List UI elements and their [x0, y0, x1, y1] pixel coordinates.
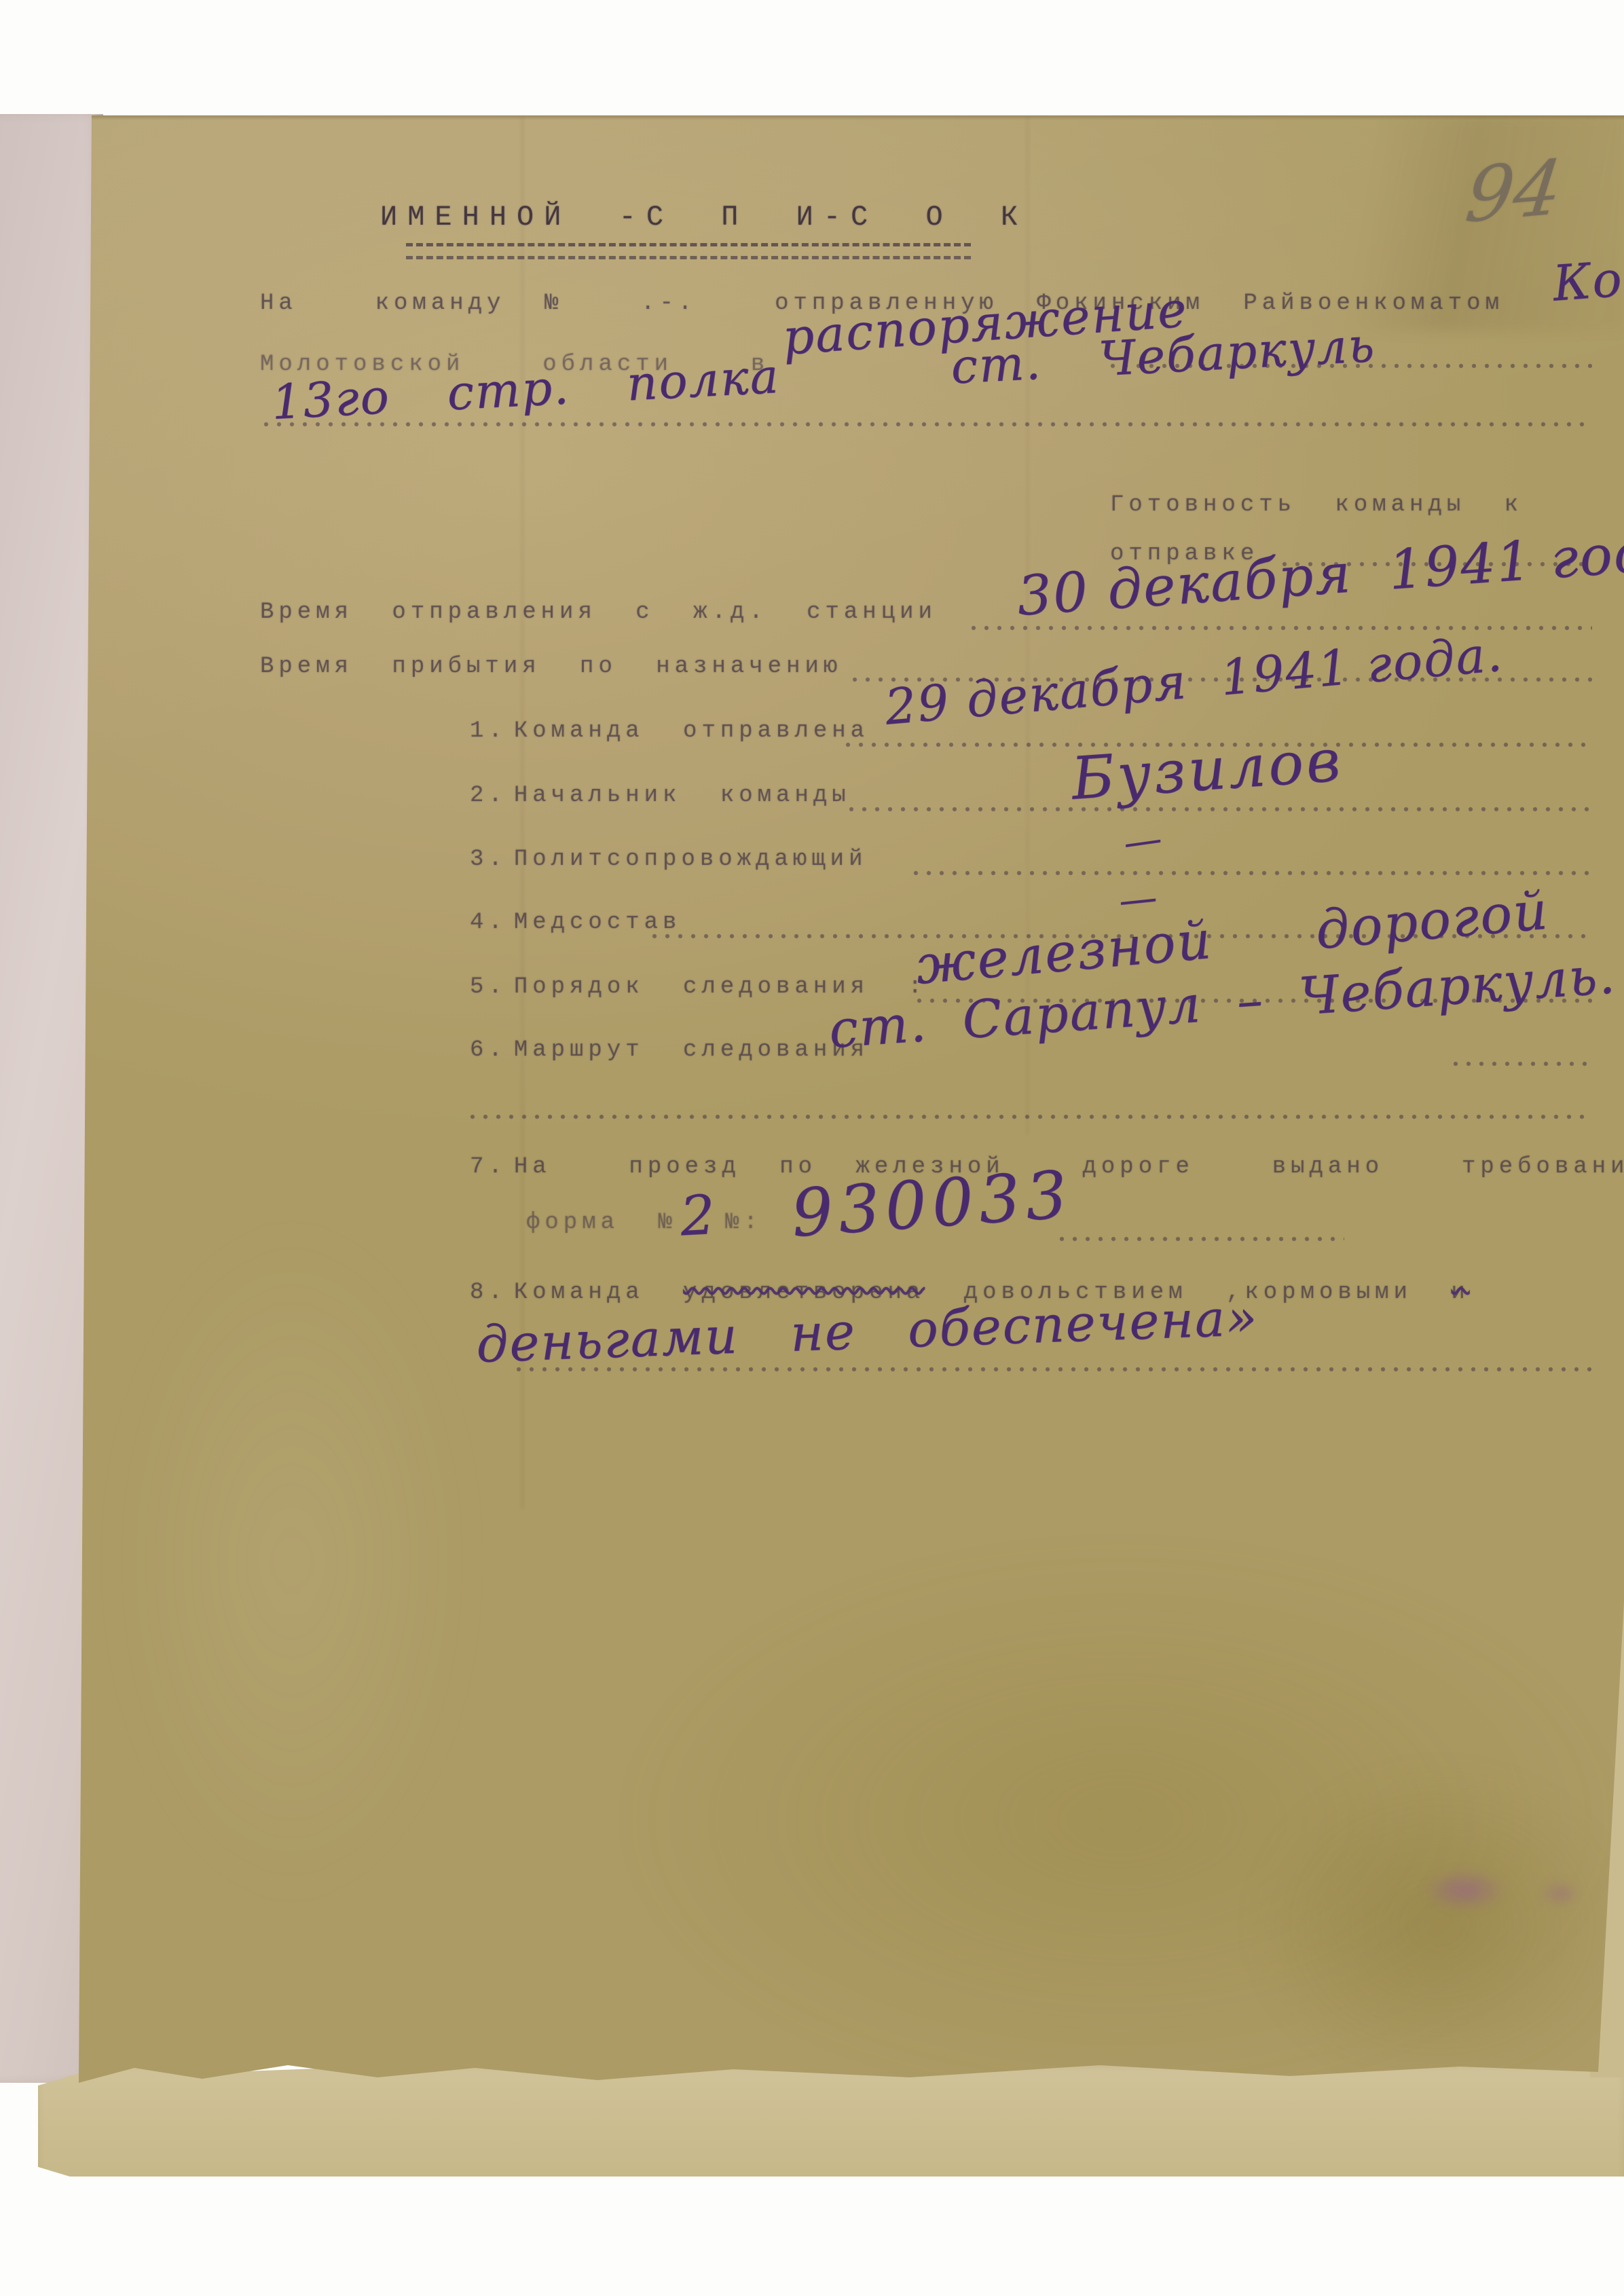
item-8-struck-ending: и — [1451, 1280, 1469, 1306]
item-7-form-label: форма № — [526, 1210, 677, 1236]
readiness-line-1: Готовность команды к — [1110, 492, 1523, 518]
paper-stain — [1249, 1765, 1624, 2084]
underlying-page-bottom-edge — [38, 2057, 1624, 2177]
dotted-leader-separator — [470, 1113, 1592, 1121]
item-2-number: 2. — [470, 783, 507, 809]
dotted-leader — [1453, 1060, 1592, 1068]
item-7-number: 7. — [470, 1154, 507, 1180]
item-6-number: 6. — [470, 1037, 507, 1063]
item-6-label: 6.Маршрут следования — [470, 1037, 869, 1063]
item-2-label: 2.Начальник команды — [470, 783, 851, 809]
departure-date-handwritten: 30 декабря 1941 года — [1015, 518, 1624, 627]
item-4-number: 4. — [470, 910, 507, 936]
item-2-handwritten: Бузилов — [1069, 726, 1345, 813]
dotted-leader — [849, 806, 1592, 813]
item-4-label: 4.Медсостав — [470, 910, 681, 936]
item-5-number: 5. — [470, 974, 507, 1000]
item-3-number: 3. — [470, 847, 507, 872]
arrival-time-label: Время прибытия по назначению — [260, 654, 842, 680]
paper-highlight — [115, 1222, 468, 1901]
item-3-label: 3.Политсопровождающий — [470, 847, 867, 872]
dotted-leader — [516, 1366, 1592, 1373]
page-number-pencil: 94 — [1461, 143, 1566, 240]
dotted-leader — [913, 870, 1592, 877]
item-7-form-number-handwritten: 2 — [679, 1183, 718, 1248]
dotted-leader — [1059, 1236, 1344, 1243]
item-5-label: 5.Порядок следования : — [470, 974, 927, 1000]
item-3-handwritten-dash: — — [1121, 816, 1166, 865]
document-title: ИМЕННОЙ -С П И-С О К — [380, 201, 1028, 234]
document-scan: 94 ИМЕННОЙ -С П И-С О К На команду № .-.… — [0, 0, 1624, 2296]
dotted-leader — [263, 421, 1591, 428]
ink-smudge — [1422, 1868, 1507, 1912]
item-8-number: 8. — [470, 1280, 507, 1306]
departure-time-label: Время отправления с ж.д. станции — [260, 599, 937, 625]
item-1-handwritten: 29 декабря 1941 года. — [883, 625, 1505, 735]
item-7-number-sign-label: №: — [725, 1210, 762, 1236]
title-underline — [406, 243, 971, 259]
document-page: 94 ИМЕННОЙ -С П И-С О К На команду № .-.… — [0, 0, 1624, 2296]
item-1-number: 1. — [470, 718, 507, 744]
ink-smudge — [1540, 1879, 1581, 1908]
item-1-label: 1.Команда отправлена — [470, 718, 869, 744]
